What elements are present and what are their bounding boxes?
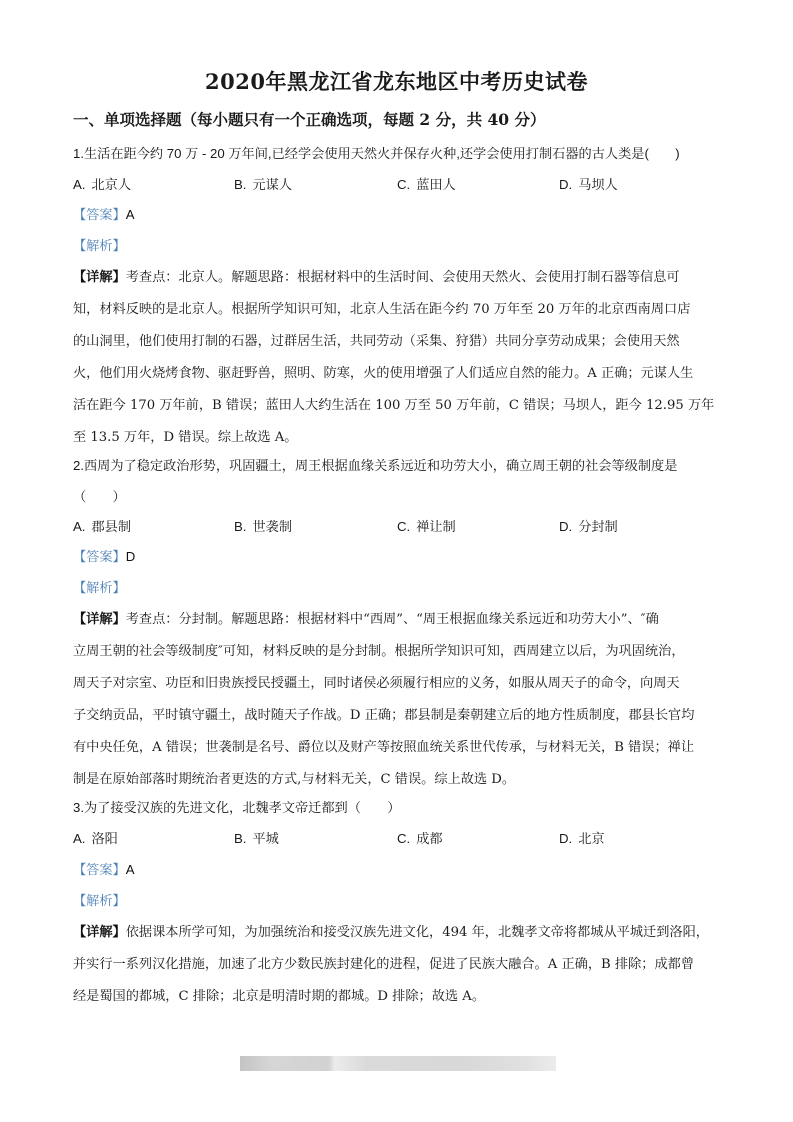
option-c: C.蓝田人 bbox=[397, 174, 456, 193]
question-1-stem: 1.生活在距今约 70 万 - 20 万年间,已经学会使用天然火并保存火种,还学… bbox=[73, 143, 733, 162]
question-1-detail-line: 活在距今 170 万年前，B 错误；蓝田人大约生活在 100 万至 50 万年前… bbox=[73, 394, 733, 413]
option-a: A.北京人 bbox=[73, 174, 131, 193]
answer-label: 【答案】 bbox=[73, 863, 126, 878]
question-1-detail-line: 火，他们用火烧烤食物、驱赶野兽，照明、防寒，火的使用增强了人们适应自然的能力。A… bbox=[73, 362, 733, 381]
question-2-answer: 【答案】D bbox=[73, 546, 733, 565]
detail-label: 【详解】 bbox=[73, 612, 126, 627]
blurred-footer-watermark bbox=[240, 1056, 556, 1071]
option-b: B.世袭制 bbox=[234, 516, 292, 535]
answer-label: 【答案】 bbox=[73, 208, 126, 223]
option-c: C.成都 bbox=[397, 828, 443, 847]
question-2-detail-line: 子交纳贡品，平时镇守疆土，战时随天子作战。D 正确；郡县制是秦朝建立后的地方性质… bbox=[73, 704, 733, 723]
question-2-detail-line: 【详解】考查点：分封制。解题思路：根据材料中“西周”、“周王根据血缘关系远近和功… bbox=[73, 608, 733, 627]
answer-value: D bbox=[126, 549, 136, 564]
option-d: D.分封制 bbox=[559, 516, 618, 535]
option-b: B.平城 bbox=[234, 828, 279, 847]
option-c: C.禅让制 bbox=[397, 516, 456, 535]
option-b: B.元谋人 bbox=[234, 174, 292, 193]
answer-label: 【答案】 bbox=[73, 550, 126, 565]
question-2-detail-line: 周天子对宗室、功臣和旧贵族授民授疆土，同时诸侯必须履行相应的义务，如服从周天子的… bbox=[73, 672, 733, 691]
question-3-answer: 【答案】A bbox=[73, 859, 733, 878]
section-heading: 一、单项选择题（每小题只有一个正确选项，每题 2 分，共 40 分） bbox=[73, 108, 545, 130]
option-a: A.郡县制 bbox=[73, 516, 131, 535]
question-2-stem-cont: （ ） bbox=[73, 486, 733, 505]
question-1-analysis-label: 【解析】 bbox=[73, 235, 733, 254]
question-2-analysis-label: 【解析】 bbox=[73, 577, 733, 596]
question-1-detail-line: 的山洞里，他们使用打制的石器，过群居生活，共同劳动（采集、狩猎）共同分享劳动成果… bbox=[73, 330, 733, 349]
question-2-stem: 2.西周为了稳定政治形势，巩固疆土，周王根据血缘关系远近和功劳大小，确立周王朝的… bbox=[73, 455, 733, 474]
question-3-detail-line: 经是蜀国的都城，C 排除；北京是明清时期的都城。D 排除；故选 A。 bbox=[73, 985, 733, 1004]
question-3-analysis-label: 【解析】 bbox=[73, 890, 733, 909]
answer-value: A bbox=[126, 207, 135, 222]
option-d: D.北京 bbox=[559, 828, 605, 847]
exam-page: 2020年黑龙江省龙东地区中考历史试卷 一、单项选择题（每小题只有一个正确选项，… bbox=[0, 0, 793, 1122]
question-2-detail-line: 有中央任免，A 错误；世袭制是名号、爵位以及财产等按照血统关系世代传承，与材料无… bbox=[73, 736, 733, 755]
page-title: 2020年黑龙江省龙东地区中考历史试卷 bbox=[0, 66, 793, 96]
answer-value: A bbox=[126, 862, 135, 877]
question-1-detail-line: 至 13.5 万年，D 错误。综上故选 A。 bbox=[73, 426, 733, 445]
option-d: D.马坝人 bbox=[559, 174, 618, 193]
question-3-detail-line: 【详解】依据课本所学可知，为加强统治和接受汉族先进文化，494 年，北魏孝文帝将… bbox=[73, 921, 733, 940]
question-2-detail-line: 立周王朝的社会等级制度″可知，材料反映的是分封制。根据所学知识可知，西周建立以后… bbox=[73, 640, 733, 659]
question-3-stem: 3.为了接受汉族的先进文化，北魏孝文帝迁都到（ ） bbox=[73, 797, 733, 816]
question-1-detail-line: 【详解】考查点：北京人。解题思路：根据材料中的生活时间、会使用天然火、会使用打制… bbox=[73, 266, 733, 285]
question-1-answer: 【答案】A bbox=[73, 204, 733, 223]
detail-label: 【详解】 bbox=[73, 925, 126, 940]
question-3-detail-line: 并实行一系列汉化措施，加速了北方少数民族封建化的进程，促进了民族大融合。A 正确… bbox=[73, 953, 733, 972]
detail-label: 【详解】 bbox=[73, 270, 126, 285]
option-a: A.洛阳 bbox=[73, 828, 118, 847]
question-1-detail-line: 知，材料反映的是北京人。根据所学知识可知，北京人生活在距今约 70 万年至 20… bbox=[73, 298, 733, 317]
question-2-detail-line: 制是在原始部落时期统治者更迭的方式,与材料无关，C 错误。综上故选 D。 bbox=[73, 768, 733, 787]
